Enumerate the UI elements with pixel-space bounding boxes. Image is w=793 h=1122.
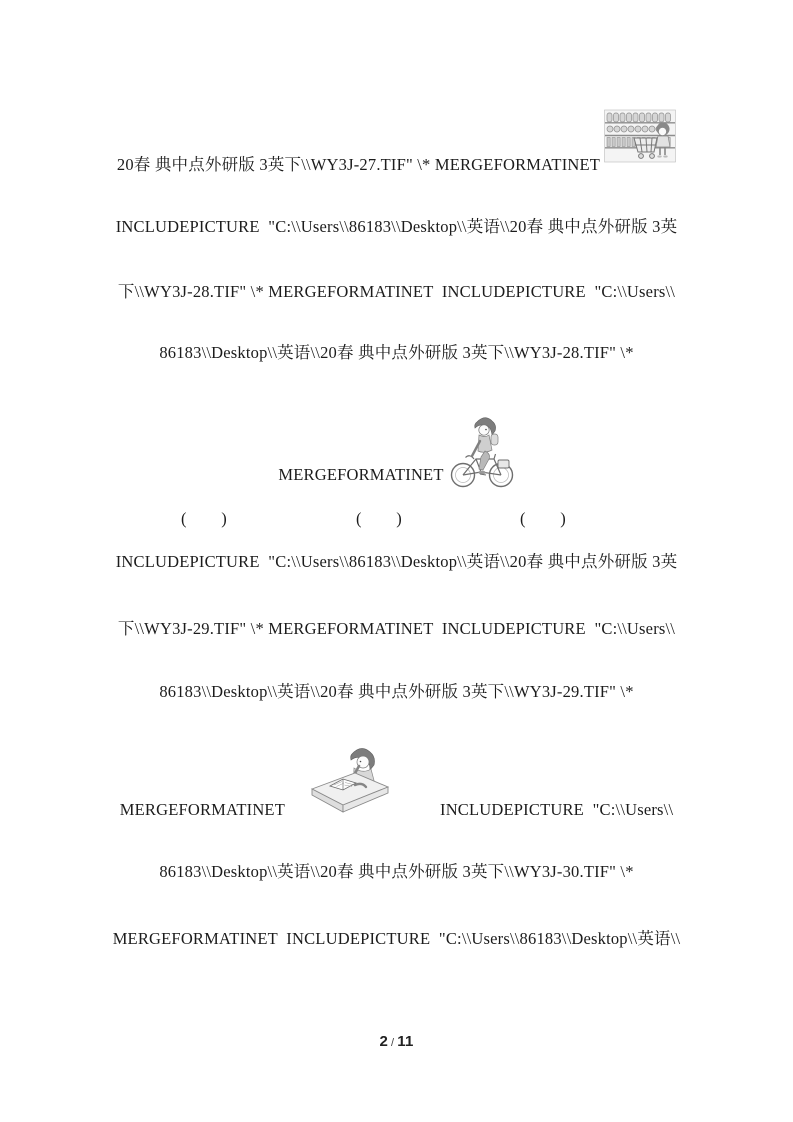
field-code-line: MERGEFORMATINET bbox=[0, 414, 793, 491]
answer-blanks-row: ( ) ( ) ( ) bbox=[0, 508, 793, 530]
bicycle-illustration bbox=[449, 414, 515, 491]
field-code-line: INCLUDEPICTURE "C:\\Users\\86183\\Deskto… bbox=[0, 216, 793, 238]
field-code-line: MERGEFORMATINET INCLUDEPICTURE "C:\\User… bbox=[0, 928, 793, 950]
reading-desk-illustration bbox=[310, 744, 390, 822]
answer-blank[interactable]: ( ) bbox=[520, 508, 566, 530]
field-code-line: MERGEFORMATINET INCLUDEPICTURE "C:\\User… bbox=[0, 744, 793, 822]
page-number-separator: / bbox=[391, 1037, 394, 1049]
page-number-current: 2 bbox=[379, 1033, 388, 1050]
answer-blank[interactable]: ( ) bbox=[356, 508, 402, 530]
document-page: 20春 典中点外研版 3英下\\WY3J-27.TIF" \* MERGEFOR… bbox=[0, 0, 793, 1122]
field-code-line: 86183\\Desktop\\英语\\20春 典中点外研版 3英下\\WY3J… bbox=[0, 861, 793, 883]
supermarket-illustration bbox=[604, 109, 676, 163]
field-code-text: MERGEFORMATINET bbox=[278, 464, 443, 486]
field-code-text: MERGEFORMATINET bbox=[120, 799, 285, 821]
field-code-line: 86183\\Desktop\\英语\\20春 典中点外研版 3英下\\WY3J… bbox=[0, 681, 793, 703]
page-number-total: 11 bbox=[397, 1033, 413, 1050]
field-code-text: 20春 典中点外研版 3英下\\WY3J-27.TIF" \* MERGEFOR… bbox=[117, 154, 600, 176]
answer-blank[interactable]: ( ) bbox=[181, 508, 227, 530]
field-code-line: 下\\WY3J-28.TIF" \* MERGEFORMATINET INCLU… bbox=[0, 281, 793, 303]
field-code-line: 86183\\Desktop\\英语\\20春 典中点外研版 3英下\\WY3J… bbox=[0, 342, 793, 364]
field-code-line: 下\\WY3J-29.TIF" \* MERGEFORMATINET INCLU… bbox=[0, 618, 793, 640]
field-code-line: 20春 典中点外研版 3英下\\WY3J-27.TIF" \* MERGEFOR… bbox=[0, 110, 793, 176]
field-code-line: INCLUDEPICTURE "C:\\Users\\86183\\Deskto… bbox=[0, 551, 793, 573]
page-number: 2/11 bbox=[0, 1032, 793, 1051]
field-code-text: INCLUDEPICTURE "C:\\Users\\ bbox=[440, 799, 673, 821]
